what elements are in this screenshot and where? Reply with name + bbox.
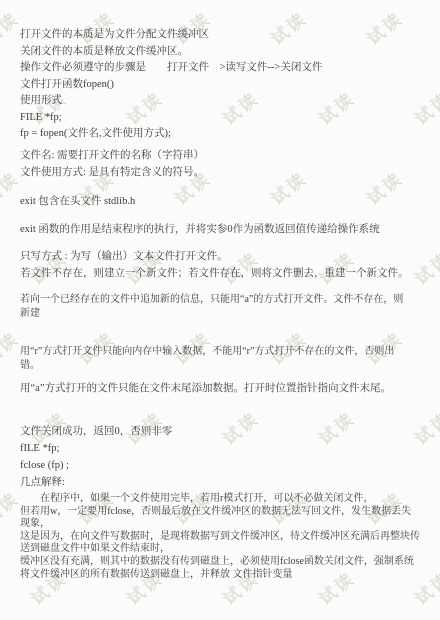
text-line: exit 函数的作用是结束程序的执行，并将实参0作为函数返回值传递给操作系统 (20, 222, 434, 239)
text-line: 文件打开函数fopen() (20, 77, 434, 94)
paragraph-block: 打开文件的本质是为文件分配文件缓冲区关闭文件的本质是释放文件缓冲区。操作文件必须… (20, 27, 434, 143)
paragraph-block: 只写方式 : 为写（输出）文本文件打开文件。若文件不存在，则建立一个新文件；若文… (20, 249, 434, 282)
text-line: FILE *fp; (20, 110, 434, 127)
text-line: 缓冲区没有充满，则其中的数据没有传到磁盘上，必须使用fclose函数关闭文件，强… (20, 556, 434, 569)
paragraph-block: 用“a”方式打开的文件只能在文件末尾添加数据。打开时位置指针指向文件末尾。 (20, 382, 434, 396)
text-line: 几点解释: (20, 474, 434, 491)
text-line: fp = fopen(文件名,文件使用方式); (20, 126, 434, 143)
text-line: 用“a”方式打开的文件只能在文件末尾添加数据。打开时位置指针指向文件末尾。 (20, 382, 434, 396)
scanned-document-page: 试读试读试读试读试读试读试读试读试读试读试读试读试读试读试读试读试读试读试读试读… (0, 0, 440, 620)
text-line: 关闭文件的本质是释放文件缓冲区。 (20, 44, 434, 61)
text-line: 在程序中，如果一个文件使用完毕，若用r模式打开，可以不必做关闭文件， (20, 493, 434, 506)
text-line: 使用形式 (20, 93, 434, 110)
text-line: exit 包含在头文件 stdlib.h (20, 194, 434, 211)
text-line: fclose (fp) ; (20, 457, 434, 474)
text-line: 文件使用方式: 是具有特定含义的符号。 (20, 165, 434, 182)
text-line: 现象， (20, 518, 434, 531)
text-line: 新建 (20, 307, 434, 321)
text-line: 操作文件必须遵守的步骤是 打开文件 >读写文件-->关闭文件 (20, 60, 434, 77)
text-line: 但若用w，一定要用fclose，否则最后放在文件缓冲区的数据无法写回文件，发生数… (20, 506, 434, 519)
text-line: 用“r”方式打开文件只能向内存中输入数据，不能用“r”方式打开不存在的文件，否则… (20, 345, 434, 359)
text-line: 送到磁盘文件中如果文件结束时， (20, 543, 434, 556)
paragraph-block: 在程序中，如果一个文件使用完毕，若用r模式打开，可以不必做关闭文件，但若用w，一… (20, 493, 434, 581)
text-line: 文件名: 需要打开文件的名称（字符串） (20, 148, 434, 165)
text-line: 这是因为，在向文件写数据时，是现将数据写到文件缓冲区，待文件缓冲区充满后再整块传 (20, 531, 434, 544)
paragraph-block: exit 函数的作用是结束程序的执行，并将实参0作为函数返回值传递给操作系统 (20, 222, 434, 239)
text-line: fILE *fp; (20, 440, 434, 457)
paragraph-block: exit 包含在头文件 stdlib.h (20, 194, 434, 211)
text-line: 打开文件的本质是为文件分配文件缓冲区 (20, 27, 434, 44)
text-line: 将文件缓冲区的所有数据传送到磁盘上，并释放 文件指针变量 (20, 569, 434, 582)
paragraph-block: 用“r”方式打开文件只能向内存中输入数据，不能用“r”方式打开不存在的文件，否则… (20, 345, 434, 373)
text-line: 文件关闭成功，返回0，否则非零 (20, 423, 434, 440)
paragraph-block: 文件关闭成功，返回0，否则非零fILE *fp;fclose (fp) ;几点解… (20, 423, 434, 491)
document-content: 打开文件的本质是为文件分配文件缓冲区关闭文件的本质是释放文件缓冲区。操作文件必须… (0, 0, 440, 620)
paragraph-block: 文件名: 需要打开文件的名称（字符串）文件使用方式: 是具有特定含义的符号。 (20, 148, 434, 181)
paragraph-block: 若向一个已经存在的文件中追加新的信息，只能用“a”的方式打开文件。文件不存在，则… (20, 293, 434, 321)
text-line: 只写方式 : 为写（输出）文本文件打开文件。 (20, 249, 434, 266)
text-line: 若向一个已经存在的文件中追加新的信息，只能用“a”的方式打开文件。文件不存在，则 (20, 293, 434, 307)
text-line: 错。 (20, 359, 434, 373)
text-line: 若文件不存在，则建立一个新文件；若文件存在，则将文件删去，重建一个新文件。 (20, 266, 434, 283)
